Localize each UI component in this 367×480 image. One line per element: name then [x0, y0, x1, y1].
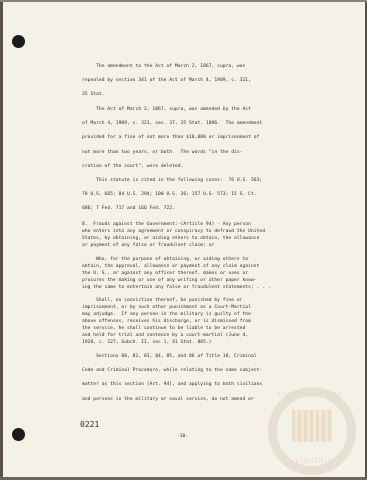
- text-line: who enters into any agreement or conspir…: [82, 228, 265, 235]
- text-line: ing the same to entertain any false or f…: [82, 284, 271, 291]
- text-line: provided for a fine of not more than $10…: [82, 131, 262, 145]
- text-line: the U. S., or against any officer thereo…: [82, 270, 271, 277]
- text-line: matter as this section [Art. 94], and ap…: [82, 378, 262, 392]
- paragraph-title-18-sections: Sections 80, 82, 83, 84, 85, and 86 of T…: [82, 350, 262, 407]
- text-line: Who, for the purpose of obtaining, or ai…: [82, 256, 271, 263]
- paragraph-amendment-1909: The Act of March 2, 1867, supra, was ame…: [82, 103, 262, 174]
- document-number: 0221: [80, 420, 99, 429]
- text-line: 78 U.S. 665; 84 U.S. 294; 100 U.S. 36; 1…: [82, 188, 262, 202]
- page-number: -10-: [177, 434, 188, 439]
- text-line: 1920, c. 227, Subch. II, sec 1, 41 Stat.…: [82, 339, 251, 346]
- watermark-bottom-text: VIRGINIA: [295, 458, 333, 465]
- text-line: 8. Frauds against the Government:-(Artic…: [82, 221, 265, 228]
- text-line: The amendment to the Act of March 2, 186…: [82, 60, 251, 74]
- text-line: 35 Stat.: [82, 88, 251, 102]
- article-94-second-paragraph: Who, for the purpose of obtaining, or ai…: [82, 256, 271, 291]
- text-line: not more than two years, or both. The wo…: [82, 146, 262, 160]
- text-line: and held for trial and sentence by a cou…: [82, 332, 251, 339]
- article-94-heading-paragraph: 8. Frauds against the Government:-(Artic…: [82, 221, 265, 249]
- text-line: the service, he shall continue to be lia…: [82, 325, 251, 332]
- text-line: This statute is cited in the following c…: [82, 174, 262, 188]
- text-line: Sections 80, 82, 83, 84, 85, and 86 of T…: [82, 350, 262, 364]
- text-line: States, by obtaining, or aiding others t…: [82, 235, 265, 242]
- text-line: repealed by section 341 of the Act of Ma…: [82, 74, 251, 88]
- text-line: Shall, on conviction thereof, be punishe…: [82, 297, 251, 304]
- rotunda-watermark-icon: [292, 410, 332, 442]
- punch-hole-top-icon: [12, 35, 25, 48]
- text-line: may adjudge. If any person in the milita…: [82, 311, 251, 318]
- text-line: The Act of March 2, 1867, supra, was ame…: [82, 103, 262, 117]
- text-line: cretion of the court", were deleted.: [82, 160, 262, 174]
- paragraph-amendment-repeal: The amendment to the Act of March 2, 186…: [82, 60, 251, 103]
- text-line: above offenses, receives his discharge, …: [82, 318, 251, 325]
- scan-edge-top: [0, 0, 367, 2]
- text-line: imprisonment, or by such other punishmen…: [82, 304, 251, 311]
- watermark-top-text: UNIVERSITY OF: [278, 392, 342, 399]
- paragraph-cited-cases: This statute is cited in the following c…: [82, 174, 262, 217]
- text-line: Code and Criminal Procedure, while relat…: [82, 364, 262, 378]
- text-line: of March 4, 1909, c. 321, sec. 37, 35 St…: [82, 117, 262, 131]
- text-line: and persons in the military or naval ser…: [82, 393, 262, 407]
- text-line: or payment of any false or fraudulent cl…: [82, 242, 265, 249]
- text-line: procures the making or use of any writin…: [82, 277, 271, 284]
- text-line: 686; 7 Fed. 717 and 166 Fed. 722.: [82, 202, 262, 216]
- text-line: obtain, the approval, allowance or payme…: [82, 263, 271, 270]
- punch-hole-bottom-icon: [12, 428, 25, 441]
- article-94-punishment-paragraph: Shall, on conviction thereof, be punishe…: [82, 297, 251, 346]
